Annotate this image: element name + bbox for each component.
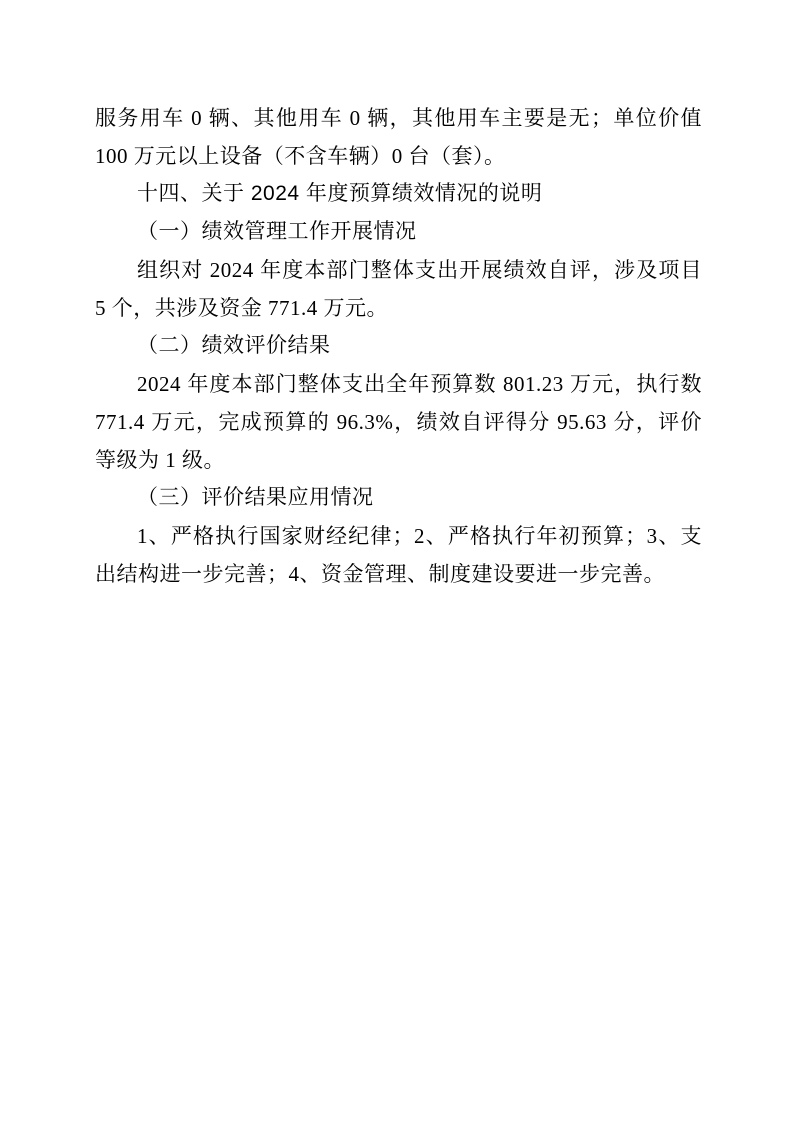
- paragraph-budget-execution-results: 2024 年度本部门整体支出全年预算数 801.23 万元，执行数 771.4 …: [95, 365, 702, 479]
- subheading-2-performance-evaluation-results: （二）绩效评价结果: [95, 327, 702, 365]
- paragraph-self-evaluation-scope: 组织对 2024 年度本部门整体支出开展绩效自评，涉及项目 5 个，共涉及资金 …: [95, 251, 702, 327]
- document-page: 服务用车 0 辆、其他用车 0 辆，其他用车主要是无；单位价值 100 万元以上…: [0, 0, 793, 1122]
- paragraph-vehicles-equipment: 服务用车 0 辆、其他用车 0 辆，其他用车主要是无；单位价值 100 万元以上…: [95, 99, 702, 175]
- subheading-1-performance-management-work: （一）绩效管理工作开展情况: [95, 213, 702, 251]
- document-text-block: 服务用车 0 辆、其他用车 0 辆，其他用车主要是无；单位价值 100 万元以上…: [95, 99, 702, 593]
- subheading-3-result-application: （三）评价结果应用情况: [95, 479, 702, 517]
- paragraph-improvement-measures: 1、严格执行国家财经纪律；2、严格执行年初预算；3、支出结构进一步完善；4、资金…: [95, 517, 702, 593]
- section-heading-14-budget-performance: 十四、关于 2024 年度预算绩效情况的说明: [95, 175, 702, 213]
